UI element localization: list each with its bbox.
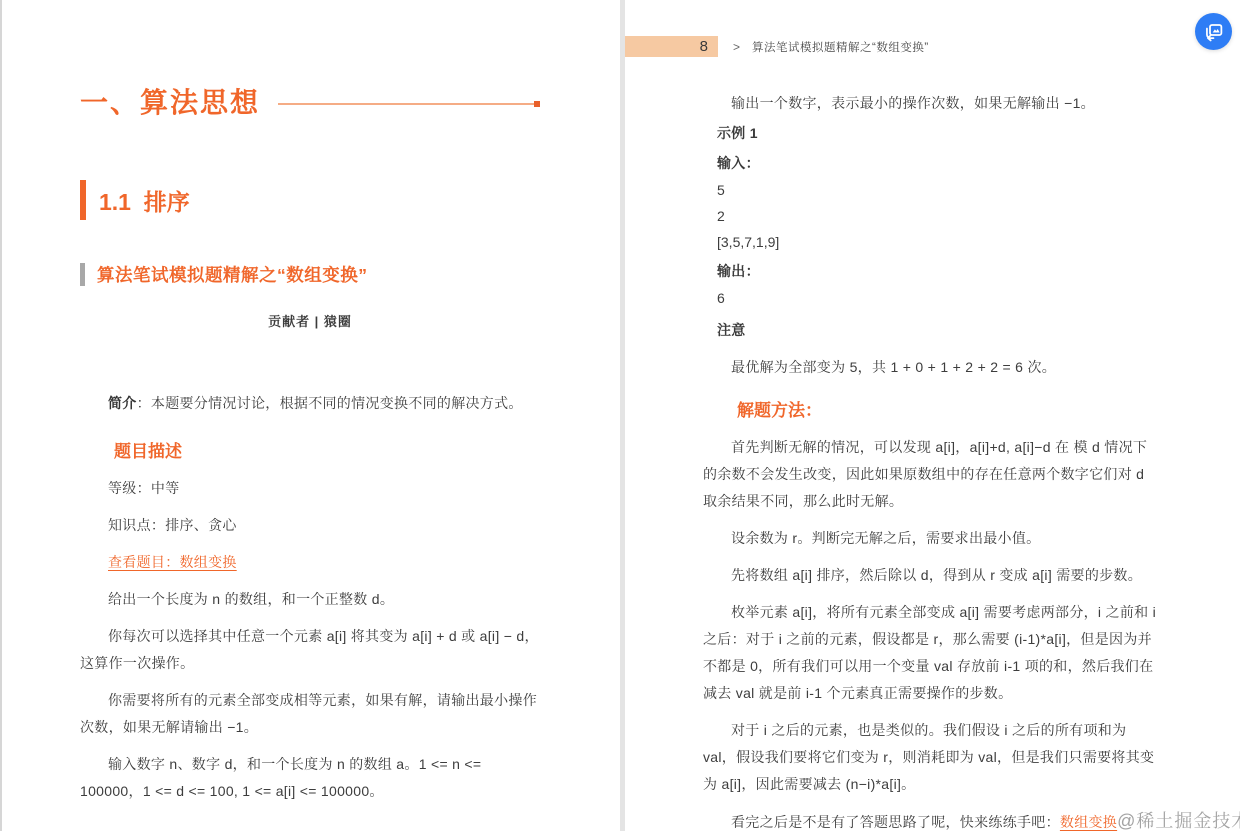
document-spread: 一、算法思想 1.1 排序 算法笔试模拟题精解之“数组变换” 贡献者 | 猿圈 … (0, 0, 1240, 831)
intro-text: ：本题要分情况讨论，根据不同的情况变换不同的解决方式。 (137, 395, 523, 411)
example-output-label: 输出： (703, 258, 1160, 285)
image-share-icon (1203, 21, 1224, 42)
solution-paragraph: 枚举元素 a[i]，将所有元素全部变成 a[i] 需要考虑两部分，i 之前和 i… (703, 599, 1160, 707)
view-problem-line: 查看题目：数组变换 (80, 549, 540, 576)
problem-description-heading: 题目描述 (80, 439, 540, 465)
example-input-label: 输入： (703, 150, 1160, 177)
subsection-accent-bar (80, 263, 85, 286)
title-rule (278, 103, 540, 105)
intro-label: 简介 (108, 395, 137, 411)
closing-paragraph: 看完之后是不是有了答题思路了呢，快来练练手吧：数组变换@稀土掘金技术社区 (703, 808, 1160, 831)
solution-paragraph: 设余数为 r。判断完无解之后，需要求出最小值。 (703, 525, 1160, 552)
image-share-button[interactable] (1195, 13, 1232, 50)
example-output-value: 6 (703, 285, 1160, 311)
example-title: 示例 1 (703, 120, 1160, 147)
section-accent-bar (80, 180, 86, 220)
practice-link[interactable]: 数组变换 (1060, 814, 1117, 830)
problem-paragraph: 给出一个长度为 n 的数组，和一个正整数 d。 (80, 586, 540, 613)
page-number: 8 (700, 38, 708, 55)
solution-heading: 解题方法： (703, 398, 1160, 424)
subsection-heading-label: 算法笔试模拟题精解之“数组变换” (97, 262, 368, 287)
page-number-badge: 8 (625, 36, 718, 57)
output-description-paragraph: 输出一个数字，表示最小的操作次数，如果无解输出 −1。 (703, 90, 1160, 117)
left-edge-line (0, 0, 2, 831)
example-input-line: 2 (703, 203, 1160, 229)
solution-paragraph: 先将数组 a[i] 排序，然后除以 d，得到从 r 变成 a[i] 需要的步数。 (703, 562, 1160, 589)
example-input-line: [3,5,7,1,9] (703, 229, 1160, 255)
section-heading: 1.1 排序 (80, 180, 540, 220)
example-input-line: 5 (703, 177, 1160, 203)
solution-paragraph: 首先判断无解的情况，可以发现 a[i]，a[i]+d, a[i]−d 在 模 d… (703, 434, 1160, 515)
problem-paragraph: 输入数字 n、数字 d，和一个长度为 n 的数组 a。1 <= n <= 100… (80, 751, 540, 805)
problem-paragraph: 你需要将所有的元素全部变成相等元素，如果有解，请输出最小操作次数，如果无解请输出… (80, 687, 540, 741)
page-header: 8 > 算法笔试模拟题精解之“数组变换” (625, 36, 1160, 57)
subsection-heading: 算法笔试模拟题精解之“数组变换” (80, 262, 540, 287)
breadcrumb-separator: > (733, 40, 740, 54)
view-problem-link[interactable]: 查看题目：数组变换 (108, 554, 237, 570)
chapter-title: 一、算法思想 (80, 86, 540, 120)
title-rule-dot (534, 101, 540, 107)
difficulty-line: 等级：中等 (80, 475, 540, 502)
page-right: 8 > 算法笔试模拟题精解之“数组变换” 输出一个数字，表示最小的操作次数，如果… (625, 0, 1240, 831)
example-note-text: 最优解为全部变为 5，共 1 + 0 + 1 + 2 + 2 = 6 次。 (703, 354, 1160, 381)
breadcrumb: 算法笔试模拟题精解之“数组变换” (752, 39, 929, 55)
intro-paragraph: 简介：本题要分情况讨论，根据不同的情况变换不同的解决方式。 (80, 390, 540, 417)
page-left: 一、算法思想 1.1 排序 算法笔试模拟题精解之“数组变换” 贡献者 | 猿圈 … (0, 0, 620, 831)
contributor-line: 贡献者 | 猿圈 (80, 311, 540, 330)
site-watermark: @稀土掘金技术社区 (1117, 811, 1240, 831)
problem-paragraph: 你每次可以选择其中任意一个元素 a[i] 将其变为 a[i] + d 或 a[i… (80, 623, 540, 677)
example-note-label: 注意 (703, 317, 1160, 344)
closing-text: 看完之后是不是有了答题思路了呢，快来练练手吧： (731, 814, 1060, 830)
knowledge-points-line: 知识点：排序、贪心 (80, 512, 540, 539)
solution-paragraph: 对于 i 之后的元素，也是类似的。我们假设 i 之后的所有项和为 val，假设我… (703, 717, 1160, 798)
chapter-title-text: 一、算法思想 (80, 86, 260, 120)
section-heading-label: 1.1 排序 (99, 184, 190, 217)
